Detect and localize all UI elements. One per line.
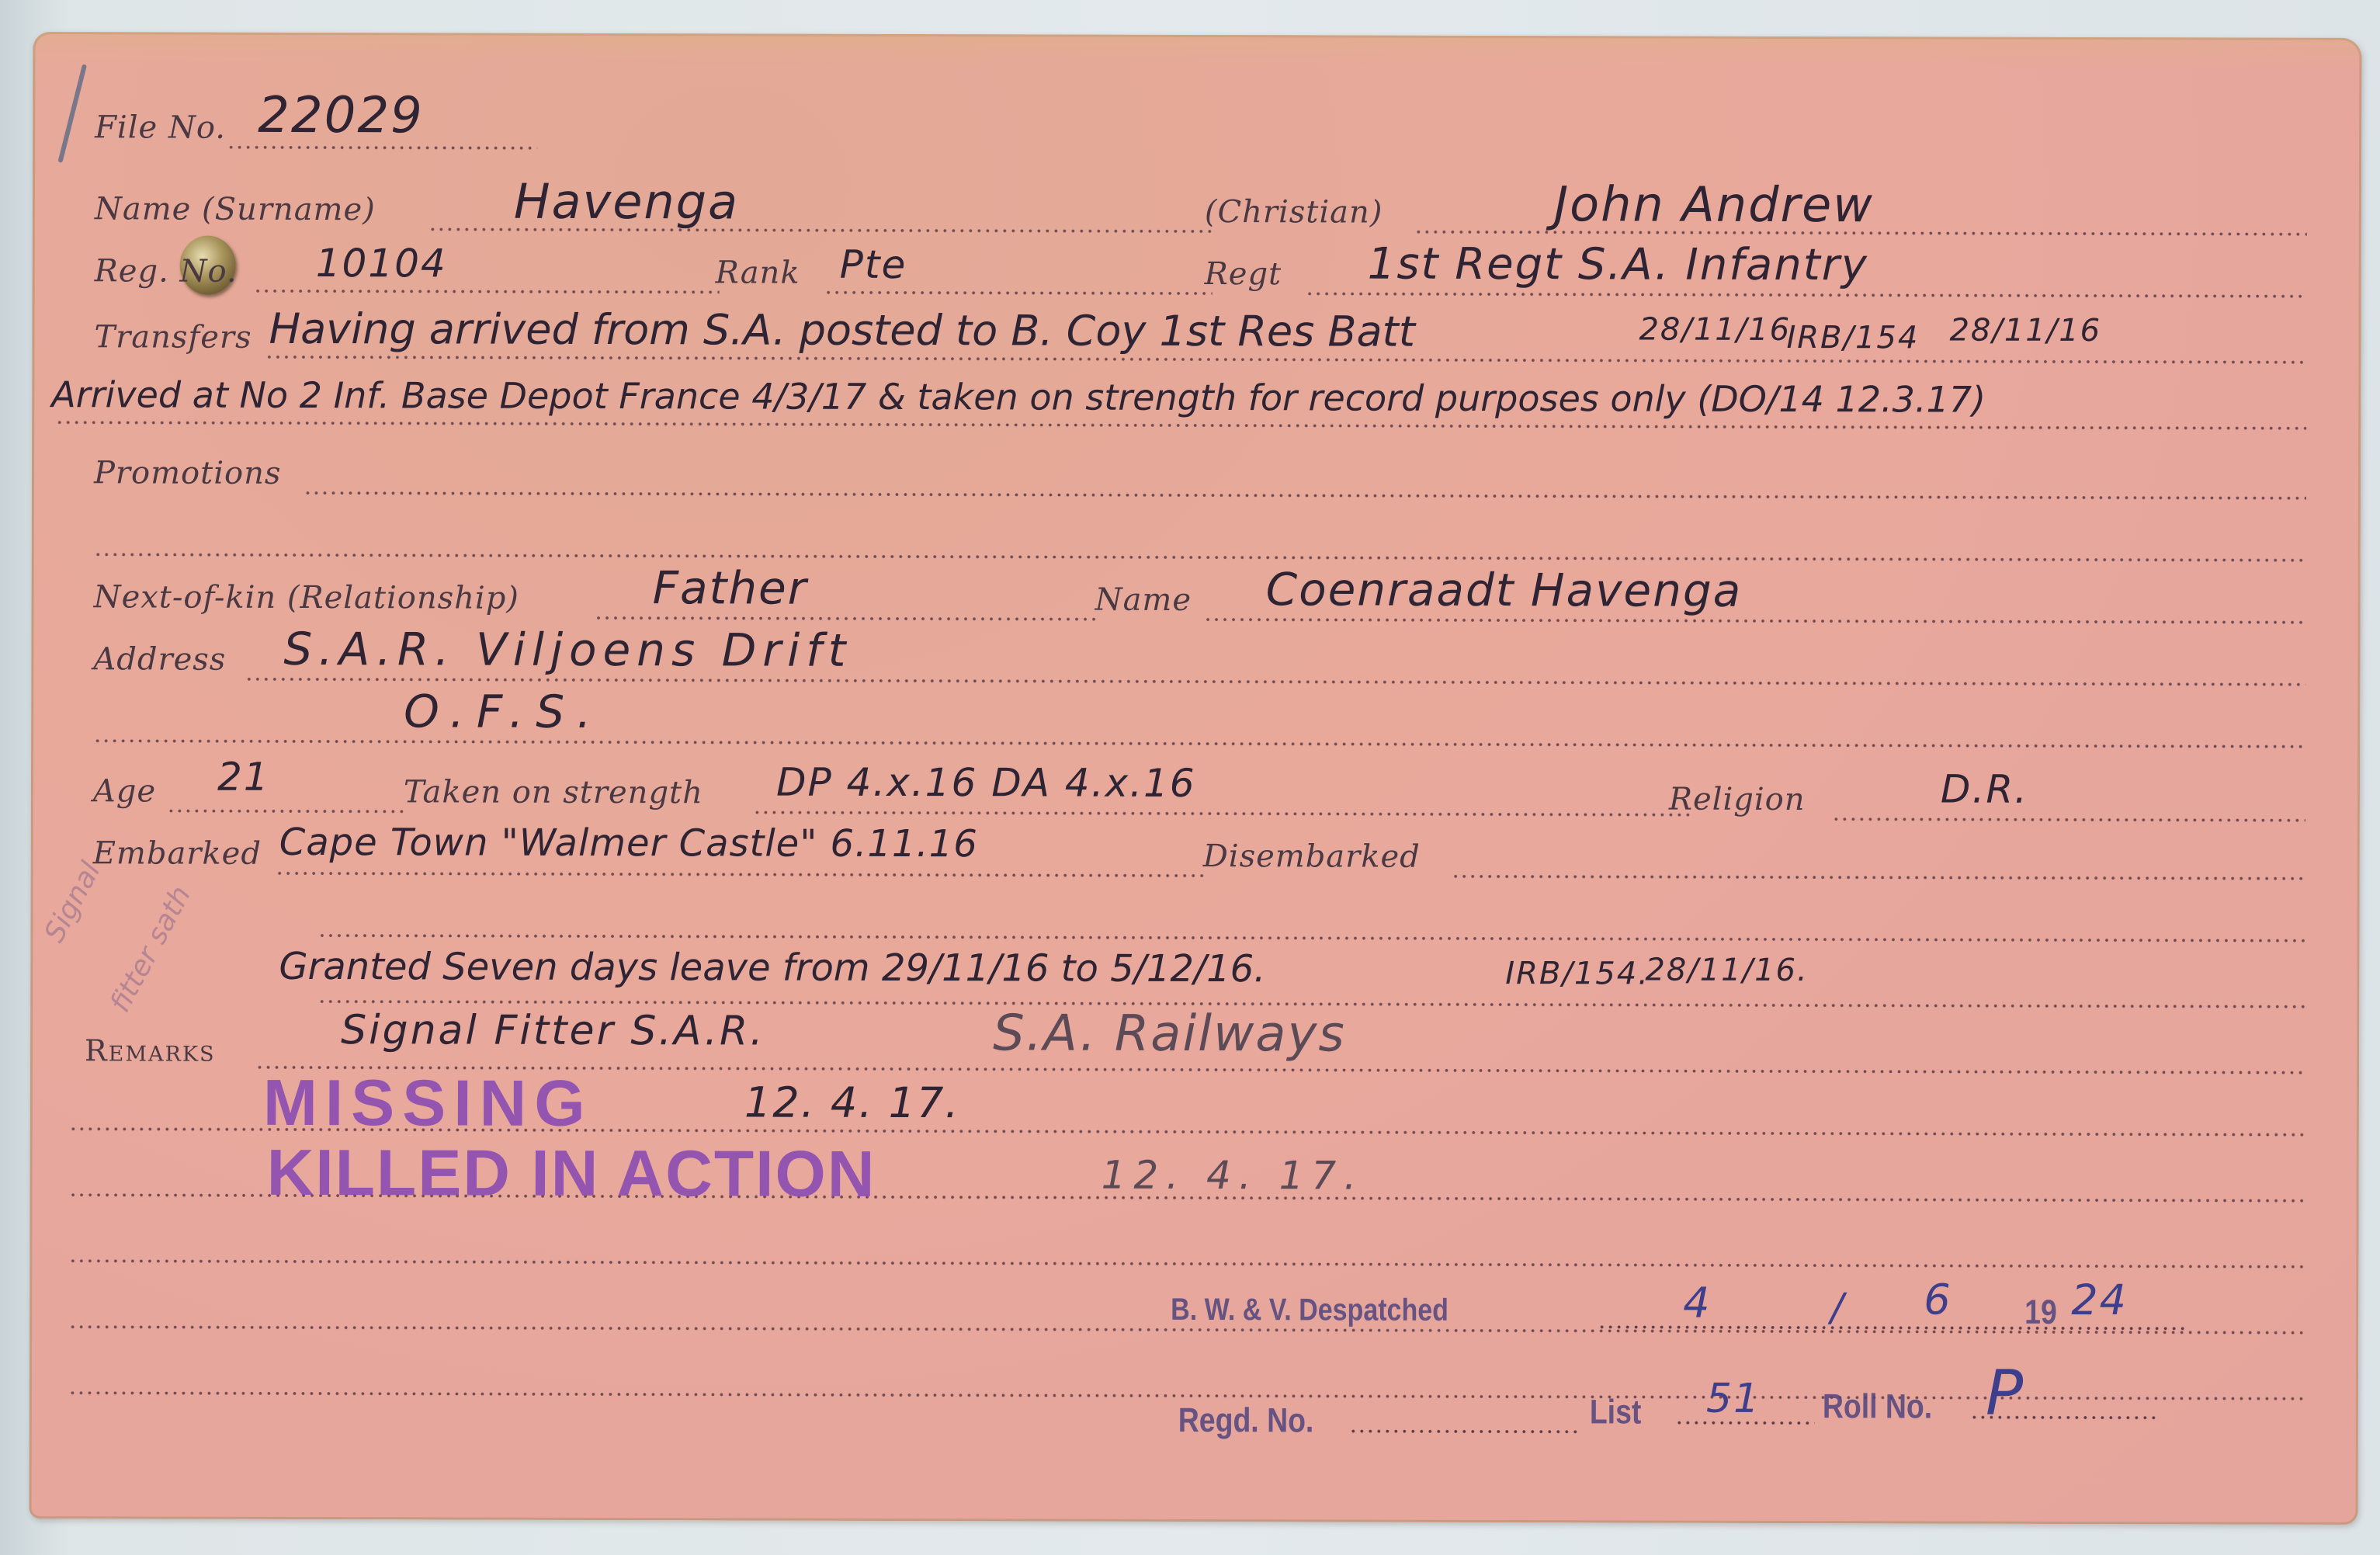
dotted-line: [227, 145, 537, 151]
surname-label: Name (Surname): [95, 191, 376, 227]
occupation-value: Signal Fitter S.A.R.: [341, 1007, 765, 1054]
regd-no-label: Regd. No.: [1178, 1401, 1314, 1440]
transfers-ref-date: 28/11/16: [1949, 313, 2101, 349]
rank-label: Rank: [716, 255, 800, 290]
despatch-year: 24: [2071, 1276, 2128, 1324]
regd-dotted-line: [1349, 1429, 1582, 1435]
killed-in-action-stamp: KILLED IN ACTION: [267, 1135, 876, 1212]
roll-value: P: [1986, 1357, 2024, 1429]
taken-on-strength-value: DP 4.x.16 DA 4.x.16: [776, 760, 1196, 806]
dotted-line: [824, 290, 1213, 296]
dotted-line: [167, 809, 408, 814]
missing-stamp: MISSING: [263, 1065, 593, 1141]
list-value: 51: [1706, 1376, 1761, 1422]
despatch-month: 6: [1924, 1275, 1952, 1324]
promotions-label: Promotions: [94, 455, 281, 491]
age-label: Age: [93, 773, 156, 809]
dotted-line: [753, 810, 1692, 817]
rank-value: Pte: [840, 242, 907, 287]
margin-note-line-1: Signal: [38, 857, 106, 948]
file-no-label: File No.: [95, 109, 226, 145]
transfers-label: Transfers: [94, 319, 252, 356]
file-no-value: 22029: [258, 87, 424, 145]
dotted-line: [1306, 291, 2307, 298]
remarks-label: Remarks: [85, 1033, 216, 1067]
transfers-line-2: Arrived at No 2 Inf. Base Depot France 4…: [51, 373, 1986, 421]
transfers-date: 28/11/16: [1639, 311, 1791, 348]
disembarked-label: Disembarked: [1203, 838, 1421, 875]
relationship-value: Father: [653, 561, 808, 615]
dotted-line: [1204, 617, 2306, 625]
despatch-year-prefix: 19: [2024, 1293, 2057, 1332]
dotted-line: [304, 491, 2306, 501]
list-label: List: [1590, 1393, 1642, 1432]
kin-name-label: Name: [1095, 582, 1192, 618]
religion-label: Religion: [1669, 782, 1806, 817]
regt-label: Regt: [1205, 256, 1282, 292]
reg-no-value: 10104: [316, 241, 447, 286]
leave-remark: Granted Seven days leave from 29/11/16 t…: [279, 945, 1265, 991]
leave-ref-date: 28/11/16.: [1645, 953, 1808, 989]
embarked-label: Embarked: [93, 835, 262, 872]
kin-name-value: Coenraadt Havenga: [1266, 563, 1743, 617]
dotted-line: [68, 1258, 2304, 1269]
dotted-line: [93, 738, 2305, 748]
taken-on-strength-label: Taken on strength: [404, 774, 703, 810]
despatched-label: B. W. & V. Despatched: [1171, 1293, 1448, 1328]
dotted-line: [94, 552, 2306, 562]
dotted-line: [55, 420, 2306, 431]
dotted-line: [68, 1390, 2304, 1401]
pen-mark: [57, 64, 87, 163]
despatch-separator: /: [1830, 1285, 1845, 1330]
missing-date: 12. 4. 17.: [744, 1078, 960, 1127]
dotted-line: [265, 355, 2306, 365]
address-label: Address: [93, 641, 226, 677]
embarked-value: Cape Town "Walmer Castle" 6.11.16: [279, 821, 978, 866]
transfers-ref: IRB/154: [1786, 320, 1919, 356]
dotted-line: [317, 933, 2305, 943]
killed-date: 12. 4. 17.: [1102, 1153, 1365, 1199]
christian-label: (Christian): [1205, 194, 1383, 231]
surname-value: Havenga: [514, 173, 739, 231]
age-value: 21: [217, 755, 270, 800]
dotted-line: [595, 616, 1099, 622]
margin-note-line-2: fitter sath: [104, 881, 197, 1018]
dotted-line: [1452, 874, 2305, 881]
despatch-day: 4: [1683, 1279, 1712, 1328]
dotted-line: [254, 289, 720, 295]
dotted-line: [1832, 817, 2305, 823]
reg-no-label: Reg. No.: [95, 253, 238, 289]
regt-value: 1st Regt S.A. Infantry: [1368, 239, 1868, 291]
transfers-line-1: Having arrived from S.A. posted to B. Co…: [269, 304, 1415, 356]
next-of-kin-label: Next-of-kin (Relationship): [94, 579, 519, 616]
religion-value: D.R.: [1941, 767, 2028, 812]
address-line-2: O.F.S.: [404, 685, 603, 738]
roll-no-label: Roll No.: [1823, 1387, 1932, 1426]
dotted-line: [276, 871, 1207, 878]
service-record-card: File No. 22029 Name (Surname) Havenga (C…: [29, 32, 2361, 1525]
leave-ref: IRB/154.: [1505, 956, 1650, 991]
christian-value: John Andrew: [1554, 175, 1874, 233]
address-line-1: S.A.R. Viljoens Drift: [283, 623, 852, 677]
employer-value: S.A. Railways: [993, 1005, 1346, 1063]
